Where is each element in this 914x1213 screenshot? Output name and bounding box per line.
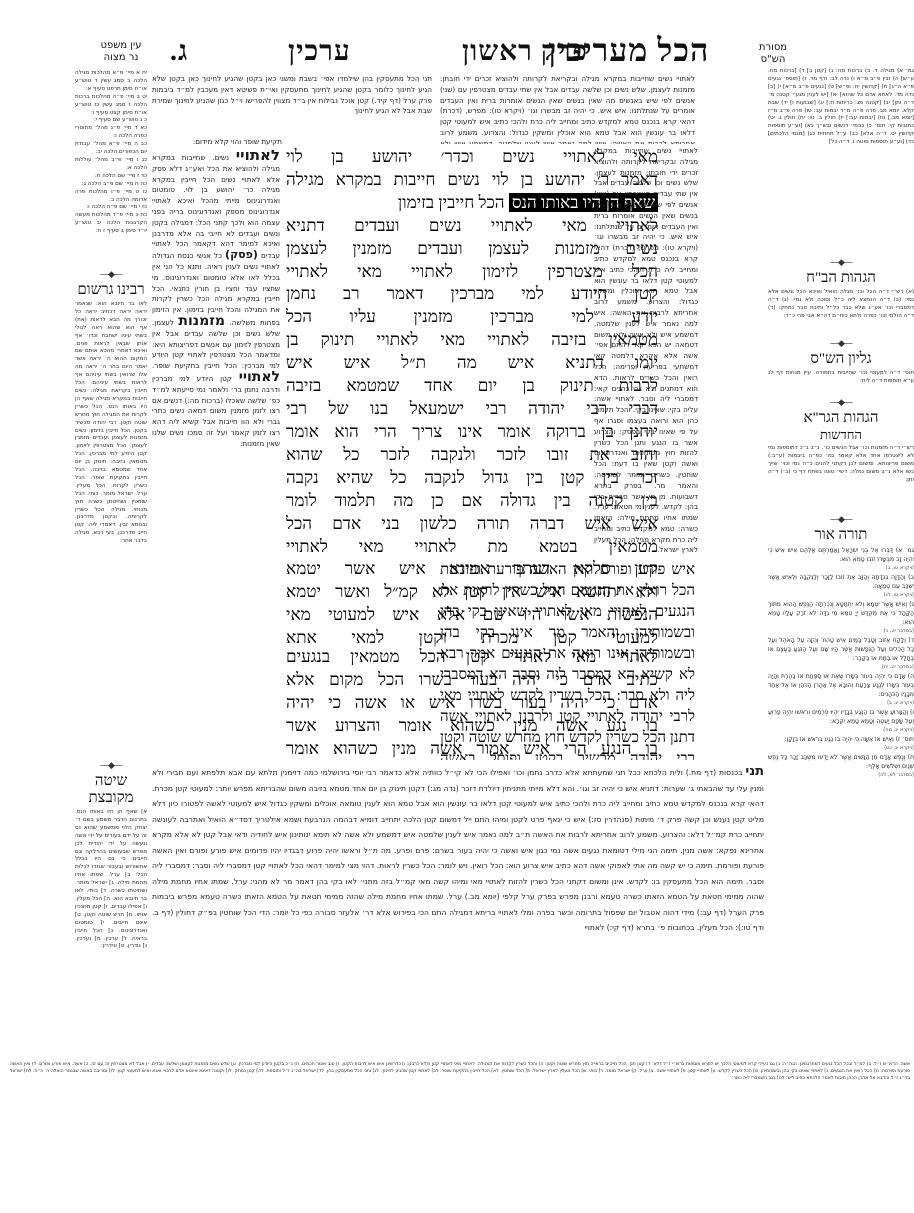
torah-or-verses: גמ׳ א) דַּבְּרוּ אֶל בְּנֵי יִשְׂרָאֵל ו… <box>768 546 914 780</box>
verse-text: גמ׳ א) דַּבְּרוּ אֶל בְּנֵי יִשְׂרָאֵל ו… <box>768 547 914 563</box>
verse-text: תוס׳ ז) וְאִישׁ אוֹ אִשָּׁה כִּי יִהְיֶה… <box>785 736 914 743</box>
torah-or-verse: ח) וְנֶפֶשׁ אָדָם מִן הַנָּשִׁים אֲשֶׁר … <box>768 753 914 780</box>
verse-ref: (במדבר לא, לה) <box>768 771 914 780</box>
mesoret-hashas-heading: מסורת הש"ס <box>748 42 798 66</box>
verse-ref: (ויקרא יג, מה) <box>768 726 914 735</box>
ein-mishpat-entry: כד ז מיי׳ שם הלכה ח: <box>75 173 147 181</box>
rabbeinu-gershom-text: לאו בר חיובא הוא: שנאמר יראה יראה דכתיב … <box>75 301 147 761</box>
verse-text: ח) וְנֶפֶשׁ אָדָם מִן הַנָּשִׁים אֲשֶׁר … <box>768 754 914 770</box>
dibur-hamatchil: לאתויי <box>236 150 280 164</box>
tosafot-text: בכנסות (דף מח.) ולית הלכתא ככל תני שמעתת… <box>152 768 764 932</box>
ornament-divider: —◆— <box>75 270 147 280</box>
ein-mishpat-entries: יח א מיי׳ פ״א מהלכות מגילה הלכה ב סמג עש… <box>75 70 147 270</box>
gemara-bottom-paragraph: איש פורע ופורם ואין האשה פורעת ופורמת הכ… <box>440 560 695 760</box>
torah-or-title: תורה אור <box>768 527 914 544</box>
hagahot-hagra-title: הגהות הגר"א <box>768 410 914 427</box>
dibur-hamatchil: לאתויי <box>239 369 280 385</box>
gilyon-hashas-title: גליון הש"ס <box>768 351 914 368</box>
rabbeinu-gershom-title: רבינו גרשום <box>75 282 147 299</box>
torah-or-verse: גמ׳ א) דַּבְּרוּ אֶל בְּנֵי יִשְׂרָאֵל ו… <box>768 546 914 573</box>
hashas-title: הש"ס <box>748 54 798 66</box>
verse-text: ה) אָדָם כִּי יִהְיֶה בְעוֹר בְּשָׂרוֹ ש… <box>768 673 914 698</box>
dibur-hamatchil: מזמנות <box>178 313 225 329</box>
hagahot-hagra-subtitle: החדשות <box>768 427 914 443</box>
ornament-divider: —◆— <box>768 398 914 408</box>
torah-or-verse: ג) וְאִישׁ אֲשֶׁר יִטְמָא וְלֹא יִתְחַטָ… <box>768 600 914 636</box>
verse-ref: (במדבר יט, כ) <box>768 627 914 636</box>
ner-mitzvah-title: נר מצוה <box>90 52 152 64</box>
torah-or-verse: ה) אָדָם כִּי יִהְיֶה בְעוֹר בְּשָׂרוֹ ש… <box>768 672 914 708</box>
gilyon-hashas-text: תוס׳ ד״ה למעוטי וכו׳ שחייבות בתמורה. עיי… <box>768 370 914 398</box>
footnotes-block: אשה. הרא״ש ז״ל: ב] למ״ד ובכל הכל נגעים ד… <box>10 1062 910 1190</box>
chapter-name: הכל מעריכין <box>548 32 709 69</box>
ein-mishpat-entry: כו ט מיי׳ פ״ו מהלכות פרה אדומה הלכה ב: <box>75 189 147 205</box>
torah-or-verse: ד) וְלָקַח אֵזוֹב וְטָבַל בַּמַּיִם אִיש… <box>768 636 914 672</box>
torah-or-verse: תוס׳ ז) וְאִישׁ אוֹ אִשָּׁה כִּי יִהְיֶה… <box>768 735 914 753</box>
dibur-hamatchil: תני <box>745 764 764 779</box>
ornament-divider: —◆— <box>75 761 147 771</box>
verse-ref: (ויקרא טו, ב) <box>768 564 914 573</box>
hagahot-hagra-text: רש״י ד״ה מזמנות וכו׳ אבל הנשים כו׳. נ״ב … <box>768 445 914 515</box>
verse-ref: (ויקרא טו, לג) <box>768 591 914 600</box>
gemara-line-text: הכל חייבין בזימון <box>398 193 509 212</box>
ein-mishpat-entry: כב ה מיי׳ פ״א מהל׳ עבודת יום הכפורים הלכ… <box>75 141 147 157</box>
ein-mishpat-heading: עין משפט נר מצוה <box>90 40 152 64</box>
commentary-top-left: תני הכל מתעסקין בהן שילמדו אפי׳ בשבת ומש… <box>152 74 432 144</box>
verse-ref: (ויקרא יג, ב) <box>768 699 914 708</box>
verse-text: ו) וְהַצָּרוּעַ אֲשֶׁר בּוֹ הַנֶּגַע בְּ… <box>768 709 914 725</box>
ein-mishpat-title: עין משפט <box>90 40 152 52</box>
ein-mishpat-entry: כח כ מיי׳ פ״ד מהלכות מעשה הקרבנות הלכה י… <box>75 212 147 236</box>
ein-mishpat-entry: כא ד מיי׳ פ״ג מהל׳ מחוסרי כפרה הלכה ו: <box>75 125 147 141</box>
ornament-divider: —◆— <box>768 515 914 525</box>
commentary-left-column: לאתויי נשים. שחייבות במקרא מגילה ולהוציא… <box>152 150 280 762</box>
commentary-paragraph: קטן היודע למי מברכין ודרבה נחמן בר׳ ולאמ… <box>152 374 280 448</box>
torah-or-verse: ב) וְהַדָּוָה בְּנִדָּתָהּ וְהַזָּב אֶת … <box>768 573 914 600</box>
ornament-divider: —◆— <box>768 339 914 349</box>
commentary-top-right: לאתויי נשים שחייבות במקרא מגילה ובקריאת … <box>440 74 695 144</box>
ein-mishpat-entry: כג ו מיי׳ פ״ב מהל׳ עוללות הלכה א: <box>75 157 147 173</box>
verse-text: ד) וְלָקַח אֵזוֹב וְטָבַל בַּמַּיִם אִיש… <box>768 637 914 662</box>
hagahot-habach-text: (א) רש״י ד״ה הכל וכו׳ מגלה הואיל ואיכא ה… <box>768 289 914 339</box>
commentary-top-tail: תקיעת שופר והוי קלא מידום: <box>152 137 282 148</box>
verse-text: ג) וְאִישׁ אֲשֶׁר יִטְמָא וְלֹא יִתְחַטָ… <box>768 601 914 626</box>
mesoret-hashas-entries: גמ׳ א) מגילה ד. ב) ברכות מה: ג) [קטן ב] … <box>768 68 914 258</box>
ornament-divider: —◆— <box>768 258 914 268</box>
commentary-paragraph: נשים. שחייבות במקרא מגילה ולהוציא את הכל… <box>152 153 280 260</box>
ein-mishpat-entry: יח א מיי׳ פ״א מהלכות מגילה הלכה ב סמג עש… <box>75 70 147 94</box>
verse-ref: (במדבר יט, יח) <box>768 663 914 672</box>
daf-number: ג. <box>170 36 188 68</box>
shita-mekubetzet-title: שיטה מקובצת <box>75 773 147 807</box>
torah-or-verse: ו) וְהַצָּרוּעַ אֲשֶׁר בּוֹ הַנֶּגַע בְּ… <box>768 708 914 735</box>
verse-ref: (ויקרא יג, כט) <box>768 744 914 753</box>
tosafot-bottom-block: תני בכנסות (דף מח.) ולית הלכתא ככל תני ש… <box>152 764 764 1056</box>
verse-text: ב) וְהַדָּוָה בְּנִדָּתָהּ וְהַזָּב אֶת … <box>768 574 914 590</box>
ein-mishpat-entry: יט ב מיי׳ פ״ה מהלכות ברכות הלכה ז סמג עש… <box>75 94 147 118</box>
dibur-hamatchil: (פסק) <box>225 248 258 261</box>
tractate-name: ערכין <box>288 36 351 68</box>
hagahot-habach-title: הגהות הב"ח <box>768 270 914 287</box>
right-margin-column: גמ׳ א) מגילה ד. ב) ברכות מה: ג) [קטן ב] … <box>768 68 914 1078</box>
left-margin-column: יח א מיי׳ פ״א מהלכות מגילה הלכה ב סמג עש… <box>75 70 147 1160</box>
mesoret-title: מסורת <box>748 42 798 54</box>
ein-mishpat-entry: כה ח מיי׳ שם פ״ב הלכה ג: <box>75 181 147 189</box>
